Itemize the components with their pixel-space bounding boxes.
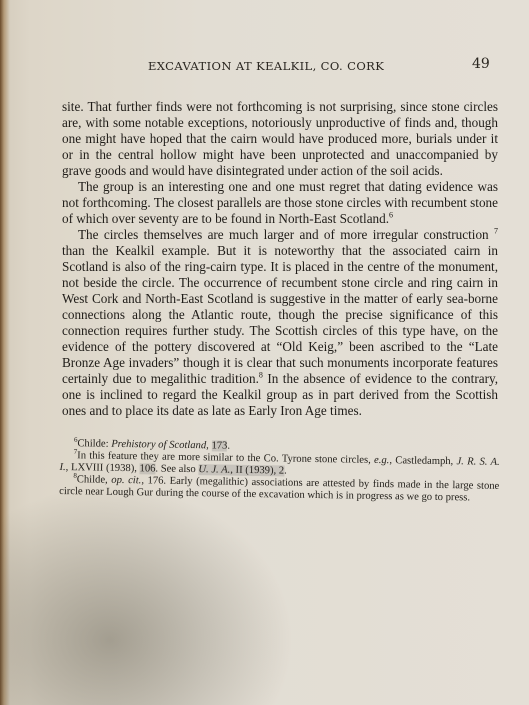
footnote-title: Prehistory of Scotland	[111, 439, 206, 451]
body-text: site. That further finds were not forthc…	[62, 99, 498, 419]
footnote-text: ,	[206, 440, 211, 451]
footnote-text: Childe,	[77, 474, 112, 486]
highlighted-page-number: 173	[211, 440, 227, 451]
footnote-text: , II (1939),	[230, 465, 279, 477]
footnote-abbrev: e.g.	[374, 455, 389, 466]
paragraph-3: The circles themselves are much larger a…	[62, 227, 498, 419]
footnote-text: .	[284, 466, 287, 477]
footnote-ref: 6	[389, 211, 393, 220]
footnote-ref: 7	[494, 227, 498, 236]
footnote-text: . See also	[155, 464, 198, 476]
footnote-text: , Castledamph,	[389, 455, 456, 467]
paragraph-text: The group is an interesting one and one …	[62, 179, 498, 226]
footnote-text: Childe:	[77, 438, 111, 450]
book-page: EXCAVATION AT KEALKIL, CO. CORK 49 site.…	[0, 0, 529, 705]
footnote-text: .	[227, 441, 230, 452]
journal-abbrev: U. J. A.	[198, 464, 230, 475]
paragraph-text: site. That further finds were not forthc…	[62, 99, 498, 178]
highlighted-page-number: 106	[139, 463, 155, 474]
paragraph-1: site. That further finds were not forthc…	[62, 99, 498, 179]
footnote-abbrev: op. cit.	[111, 475, 141, 486]
page-number: 49	[472, 56, 490, 72]
running-head: EXCAVATION AT KEALKIL, CO. CORK	[148, 59, 478, 73]
paragraph-text: than the Kealkil example. But it is note…	[62, 243, 498, 386]
footnotes: 6Childe: Prehistory of Scotland, 173. 7I…	[59, 438, 500, 505]
paragraph-text: The circles themselves are much larger a…	[78, 227, 489, 242]
paragraph-2: The group is an interesting one and one …	[62, 179, 498, 227]
